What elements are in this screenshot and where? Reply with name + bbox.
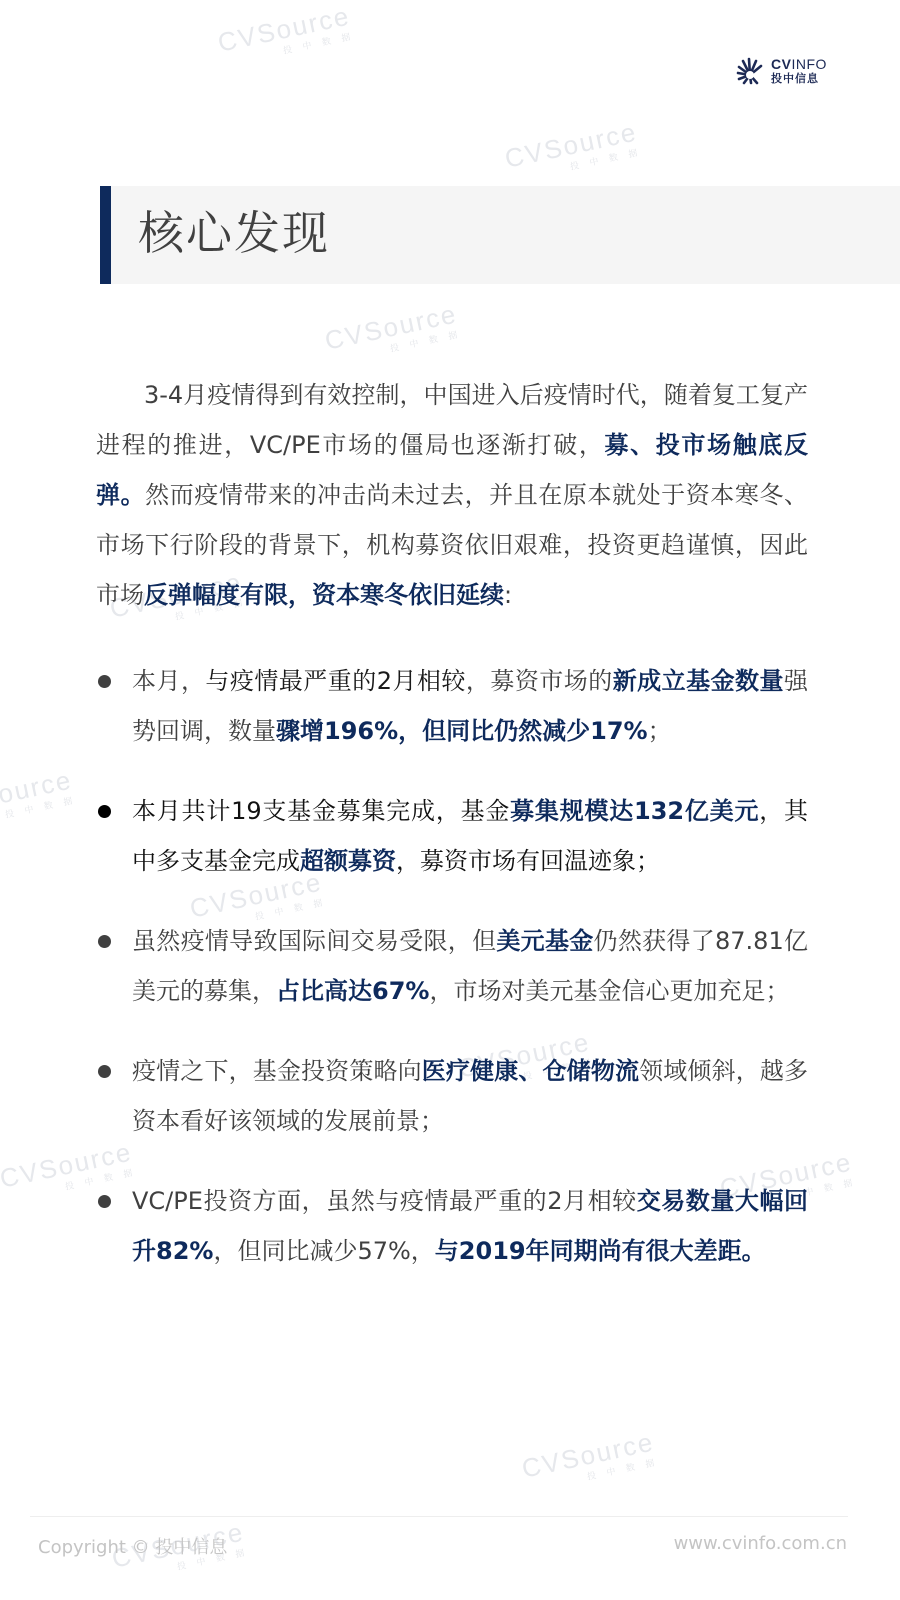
findings-content: 3-4月疫情得到有效控制，中国进入后疫情时代，随着复工复产进程的推进，VC/PE… [96, 370, 808, 1276]
intro-highlight: 反弹幅度有限，资本寒冬依旧延续 [144, 581, 504, 609]
watermark: CVSource投 中 数 据 [215, 0, 355, 69]
text: ，募资市场的 [466, 667, 613, 695]
text: 本月共计19支基金募集完成，基金 [132, 797, 510, 825]
logo-text-en: CVINFO [771, 57, 827, 71]
bullet-dot-icon [98, 935, 111, 948]
intro-paragraph: 3-4月疫情得到有效控制，中国进入后疫情时代，随着复工复产进程的推进，VC/PE… [96, 370, 808, 620]
intro-text: : [504, 581, 512, 609]
text: 疫情之下，基金投资策略向 [132, 1057, 422, 1085]
highlight: 募集规模达132亿美元 [510, 797, 759, 825]
watermark: CVSource投 中 数 据 [0, 764, 77, 833]
cvinfo-logo: CVINFO 投中信息 [735, 55, 827, 85]
bullet-dot-icon [98, 805, 111, 818]
section-title: 核心发现 [138, 206, 330, 261]
highlight: 超额募资 [300, 847, 396, 875]
findings-list: 本月，与疫情最严重的2月相较，募资市场的新成立基金数量强势回调，数量骤增196%… [96, 656, 808, 1276]
watermark: CVSource投 中 数 据 [519, 1426, 659, 1495]
bullet-dot-icon [98, 1195, 111, 1208]
finding-item: VC/PE投资方面，虽然与疫情最严重的2月相较交易数量大幅回升82%，但同比减少… [96, 1176, 808, 1276]
watermark: CVSource投 中 数 据 [322, 298, 462, 367]
highlight: 与2019年同期尚有很大差距。 [435, 1237, 766, 1265]
bullet-dot-icon [98, 675, 111, 688]
watermark: CVSource投 中 数 据 [502, 116, 642, 185]
bullet-dot-icon [98, 1065, 111, 1078]
finding-item: 虽然疫情导致国际间交易受限，但美元基金仍然获得了87.81亿美元的募集，占比高达… [96, 916, 808, 1016]
highlight: 新成立基金数量 [613, 667, 784, 695]
section-title-accent-bar [100, 186, 111, 284]
footer-copyright: Copyright © 投中信息 [38, 1533, 227, 1559]
text: 虽然疫情导致国际间交易受限，但 [132, 927, 496, 955]
text: VC/PE投资方面，虽然与疫情最严重的2月相较 [132, 1187, 637, 1215]
text: ，但同比减少57%， [213, 1237, 434, 1265]
logo-text-cn: 投中信息 [771, 73, 827, 84]
text: ，市场对美元基金信心更加充足； [429, 977, 789, 1005]
footer-website-link[interactable]: www.cvinfo.com.cn [674, 1533, 847, 1554]
finding-item: 本月，与疫情最严重的2月相较，募资市场的新成立基金数量强势回调，数量骤增196%… [96, 656, 808, 756]
footer-divider [30, 1516, 848, 1517]
text: ，募资市场有回温迹象； [396, 847, 660, 875]
cvinfo-burst-logo-icon [735, 55, 765, 85]
finding-item: 本月共计19支基金募集完成，基金募集规模达132亿美元，其中多支基金完成超额募资… [96, 786, 808, 886]
highlight: 医疗健康、仓储物流 [422, 1057, 639, 1085]
highlight: 骤增196%，但同比仍然减少17% [276, 717, 648, 745]
finding-item: 疫情之下，基金投资策略向医疗健康、仓储物流领域倾斜，越多资本看好该领域的发展前景… [96, 1046, 808, 1146]
text-dark: 与疫情最严重的2月相较 [205, 667, 465, 695]
text: 本月， [132, 667, 205, 695]
text: ； [648, 717, 672, 745]
highlight: 占比高达67% [276, 977, 429, 1005]
highlight: 美元基金 [496, 927, 593, 955]
